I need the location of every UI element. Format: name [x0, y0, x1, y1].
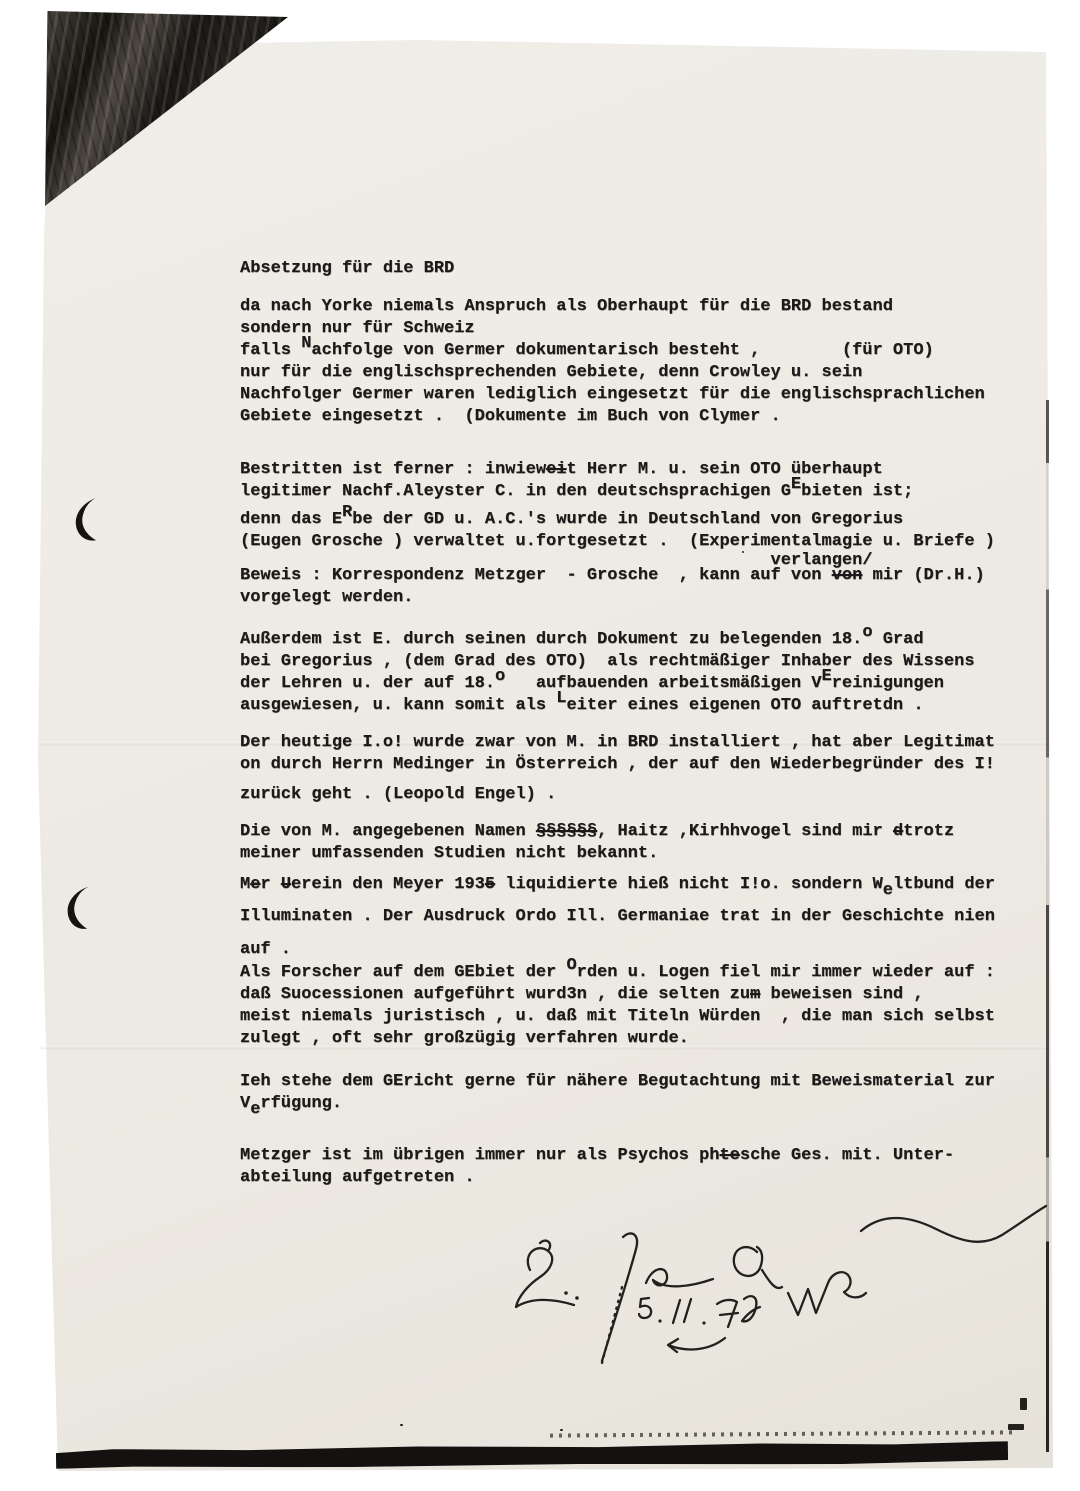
margin-mark-icon [68, 496, 106, 543]
typed-paragraph: Der heutige I.o! wurde zwar von M. in BR… [240, 732, 1052, 776]
typed-body: Absetzung für die BRDda nach Yorke niema… [240, 258, 1052, 1189]
heading: Absetzung für die BRD [240, 258, 1052, 280]
typed-paragraph: Als Forscher auf dem GEbiet der Orden u.… [240, 962, 1052, 1050]
margin-mark-icon [61, 885, 97, 931]
typed-paragraph: Außerdem ist E. durch seinen durch Dokum… [240, 629, 1052, 717]
typed-paragraph: Metzger ist im übrigen immer nur als Psy… [240, 1145, 1052, 1189]
typed-paragraph: auf . [240, 939, 1052, 961]
page-edge-shadow [1046, 400, 1049, 1452]
signature: 5. II . 70 [470, 1195, 1070, 1390]
typed-paragraph: da nach Yorke niemals Anspruch als Oberh… [240, 296, 1052, 428]
typed-paragraph: Die von M. angegebenen Namen §§§§§§, Hai… [240, 821, 1052, 865]
typed-paragraph: Mer Uerein den Meyer 1935 liquidierte hi… [240, 874, 1052, 896]
ink-speck [1020, 1398, 1027, 1410]
document-scan: Absetzung für die BRDda nach Yorke niema… [0, 0, 1080, 1491]
typed-paragraph: Bestritten ist ferner : inwieweit Herr M… [240, 459, 1052, 503]
ink-speck [560, 1429, 563, 1431]
ink-speck [742, 551, 744, 553]
typed-paragraph: Ieh stehe dem GEricht gerne für nähere B… [240, 1071, 1052, 1115]
ink-speck [1008, 1424, 1024, 1430]
typed-paragraph: Beweis : Korrespondenz Metzger - Grosche… [240, 565, 1052, 609]
typed-paragraph: denn das ERbe der GD u. A.C.'s wurde in … [240, 509, 1052, 553]
typed-paragraph: zurück geht . (Leopold Engel) . [240, 784, 1052, 806]
ink-speck [400, 1424, 403, 1426]
typed-paragraph: Illuminaten . Der Ausdruck Ordo Ill. Ger… [240, 906, 1052, 928]
